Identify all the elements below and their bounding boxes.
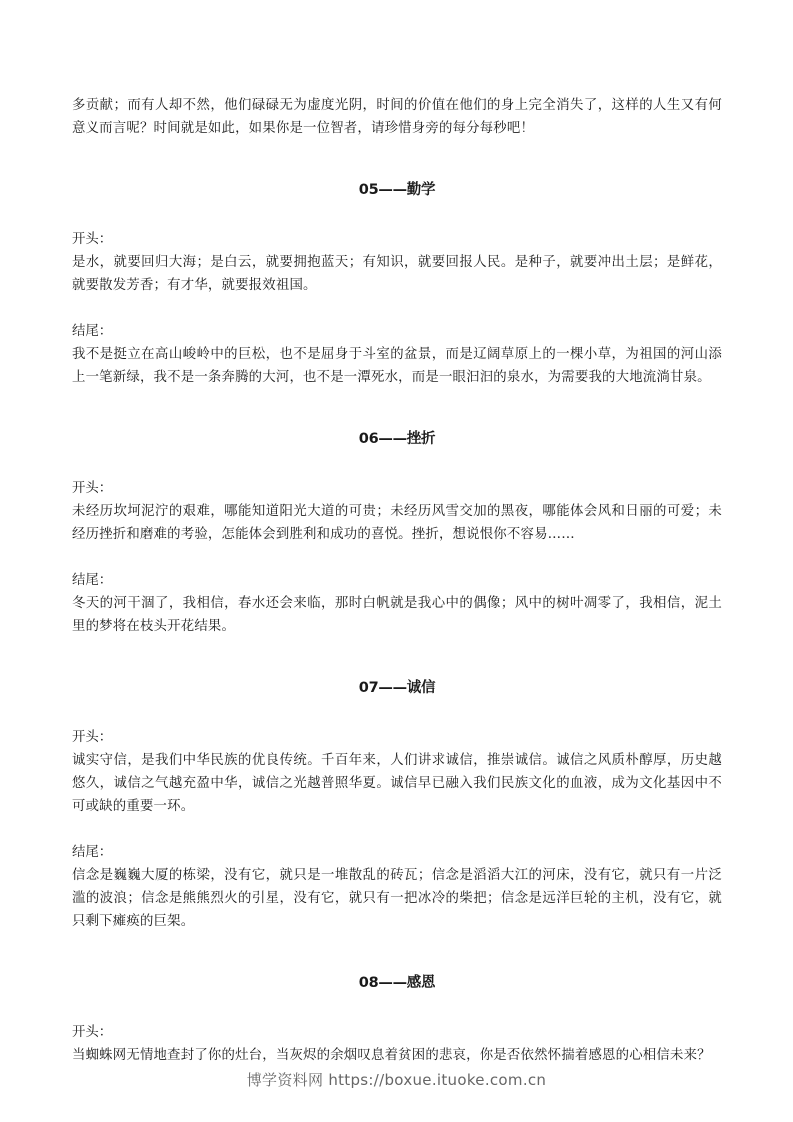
ending-label: 结尾：	[72, 320, 722, 343]
opening-label: 开头：	[72, 477, 722, 500]
footer-watermark: 博学资料网 https://boxue.ituoke.com.cn	[0, 1069, 793, 1090]
section-title: 07——诚信	[72, 677, 722, 700]
section-title: 06——挫折	[72, 428, 722, 451]
section-title: 08——感恩	[72, 972, 722, 995]
ending-text: 冬天的河干涸了，我相信，春水还会来临，那时白帆就是我心中的偶像；风中的树叶凋零了…	[72, 592, 722, 638]
ending-text: 我不是挺立在高山峻岭中的巨松，也不是屈身于斗室的盆景，而是辽阔草原上的一棵小草，…	[72, 343, 722, 389]
section-08-gratitude: 08——感恩 开头： 当蜘蛛网无情地查封了你的灶台，当灰烬的余烟叹息着贫困的悲哀…	[72, 972, 722, 1067]
ending-text: 信念是巍巍大厦的栋梁，没有它，就只是一堆散乱的砖瓦；信念是滔滔大江的河床，没有它…	[72, 864, 722, 933]
opening-label: 开头：	[72, 1021, 722, 1044]
section-07-integrity: 07——诚信 开头： 诚实守信，是我们中华民族的优良传统。千百年来，人们讲求诚信…	[72, 677, 722, 933]
ending-label: 结尾：	[72, 569, 722, 592]
opening-text: 是水，就要回归大海；是白云，就要拥抱蓝天；有知识，就要回报人民。是种子，就要冲出…	[72, 251, 722, 297]
intro-paragraph: 多贡献；而有人却不然，他们碌碌无为虚度光阴，时间的价值在他们的身上完全消失了，这…	[72, 94, 722, 140]
opening-text: 当蜘蛛网无情地查封了你的灶台，当灰烬的余烟叹息着贫困的悲哀，你是否依然怀揣着感恩…	[72, 1044, 722, 1067]
ending-label: 结尾：	[72, 841, 722, 864]
opening-text: 诚实守信，是我们中华民族的优良传统。千百年来，人们讲求诚信，推崇诚信。诚信之风质…	[72, 749, 722, 818]
opening-text: 未经历坎坷泥泞的艰难，哪能知道阳光大道的可贵；未经历风雪交加的黑夜，哪能体会风和…	[72, 500, 722, 546]
section-05-diligent-study: 05——勤学 开头： 是水，就要回归大海；是白云，就要拥抱蓝天；有知识，就要回报…	[72, 179, 722, 389]
opening-label: 开头：	[72, 228, 722, 251]
document-page: 多贡献；而有人却不然，他们碌碌无为虚度光阴，时间的价值在他们的身上完全消失了，这…	[72, 94, 722, 1067]
section-title: 05——勤学	[72, 179, 722, 202]
opening-label: 开头：	[72, 726, 722, 749]
section-06-setbacks: 06——挫折 开头： 未经历坎坷泥泞的艰难，哪能知道阳光大道的可贵；未经历风雪交…	[72, 428, 722, 638]
